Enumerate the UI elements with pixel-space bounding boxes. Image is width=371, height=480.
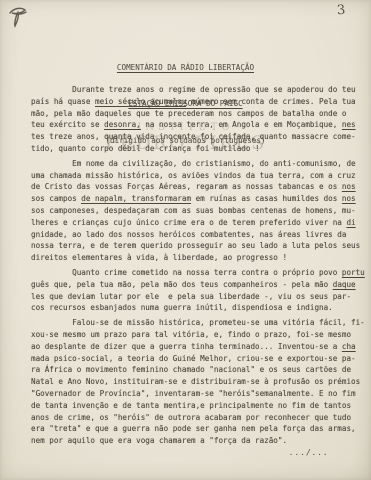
text-line: direitos elementares à vida, à liberdade… [31, 252, 369, 264]
text-line: mão, pela mão daqueles que te precederam… [31, 108, 369, 120]
text-line: ra África o movimento feminino chamado "… [31, 364, 369, 376]
text-line: nossa terra, e de terem querido prossegu… [31, 240, 369, 252]
document-title-line-1: COMENTÁRIO DA RÁDIO LIBERTAÇÃO [117, 63, 254, 72]
text-line: uma chamada missão histórica, os aviões … [31, 170, 369, 182]
paragraph: Em nome da civilização, do cristianismo,… [31, 158, 369, 264]
text-line: país há quase meio século acumulou númer… [31, 96, 369, 108]
text-line: tes treze anos, quanta vida inocente foi… [31, 131, 369, 143]
text-line: nem por aquilo que era voga chamarem a "… [31, 435, 369, 447]
text-line: sos camponeses, despedaçaram com as suas… [31, 205, 369, 217]
document-body: Durante treze anos o regime de opressão … [31, 84, 369, 450]
paragraph: Durante treze anos o regime de opressão … [31, 84, 369, 155]
continuation-mark: .../... [289, 448, 329, 457]
text-line: Falou-se de missão histórica, prometeu-s… [31, 317, 369, 329]
pen-underline-text: de napalm, transformaram [81, 194, 191, 204]
paragraph: Quanto crime cometido na nossa terra con… [31, 267, 369, 314]
typed-underline-text: di [346, 218, 355, 227]
typed-underline-text: nes [342, 120, 356, 129]
text-line: era "treta" e que a guerra não pode ser … [31, 423, 369, 435]
handwritten-page-number: 3 [336, 3, 346, 19]
text-line: guês que, pela tua mão, pela mão dos teu… [31, 279, 369, 291]
text-line: Quanto crime cometido na nossa terra con… [31, 267, 369, 279]
text-line: Natal e Ano Novo, instituiram-se e distr… [31, 376, 369, 388]
typed-underline-text: cha [342, 342, 356, 351]
pen-scribble-mark [8, 4, 42, 30]
text-line: anos de crime, os "heróis" de outrora ac… [31, 412, 369, 424]
text-line: gnidade, ao lado dos nossos heróicos com… [31, 229, 369, 241]
scanned-document-page: 3 INSTITUTO PEDRO PIRES COMENTÁRIO DA RÁ… [0, 0, 371, 480]
typed-underline-text: portu [342, 268, 365, 277]
paragraph: Falou-se de missão histórica, prometeu-s… [31, 317, 369, 447]
typed-underline-text: nos [342, 182, 356, 191]
text-line: ao desplante de dizer que a guerra tinha… [31, 341, 369, 353]
text-line: tido, quanto corpo débil de criança foi … [31, 143, 369, 155]
title-row-1: COMENTÁRIO DA RÁDIO LIBERTAÇÃO [10, 62, 361, 74]
typed-underline-text: nos [342, 194, 356, 203]
typed-underline-text: daque [333, 280, 356, 289]
text-line: teu exército se desonra, na nossa terra,… [31, 119, 369, 131]
text-line: Em nome da civilização, do cristianismo,… [31, 158, 369, 170]
text-line: lheres e crianças cujo único crime era o… [31, 217, 369, 229]
text-line: xou-se mesmo um prazo para tal vitória, … [31, 329, 369, 341]
pen-underline-text: desonra, [104, 120, 141, 130]
text-line: les que deviam lutar por ele e pela sua … [31, 291, 369, 303]
text-line: "Governador de Província", inventaram-se… [31, 388, 369, 400]
text-line: de Cristo das vossas Forças Aéreas, rega… [31, 181, 369, 193]
pen-underline-text: meio século acumulou [95, 97, 186, 107]
text-line: mada psico-social, a teoria do Guiné Mel… [31, 353, 369, 365]
text-line: Durante treze anos o regime de opressão … [31, 84, 369, 96]
text-line: de tanta invenção e de tanta mentira,e p… [31, 400, 369, 412]
text-line: sos campos de napalm, transformaram em r… [31, 193, 369, 205]
text-line: cos recursos esbanjados numa guerra inút… [31, 302, 369, 314]
